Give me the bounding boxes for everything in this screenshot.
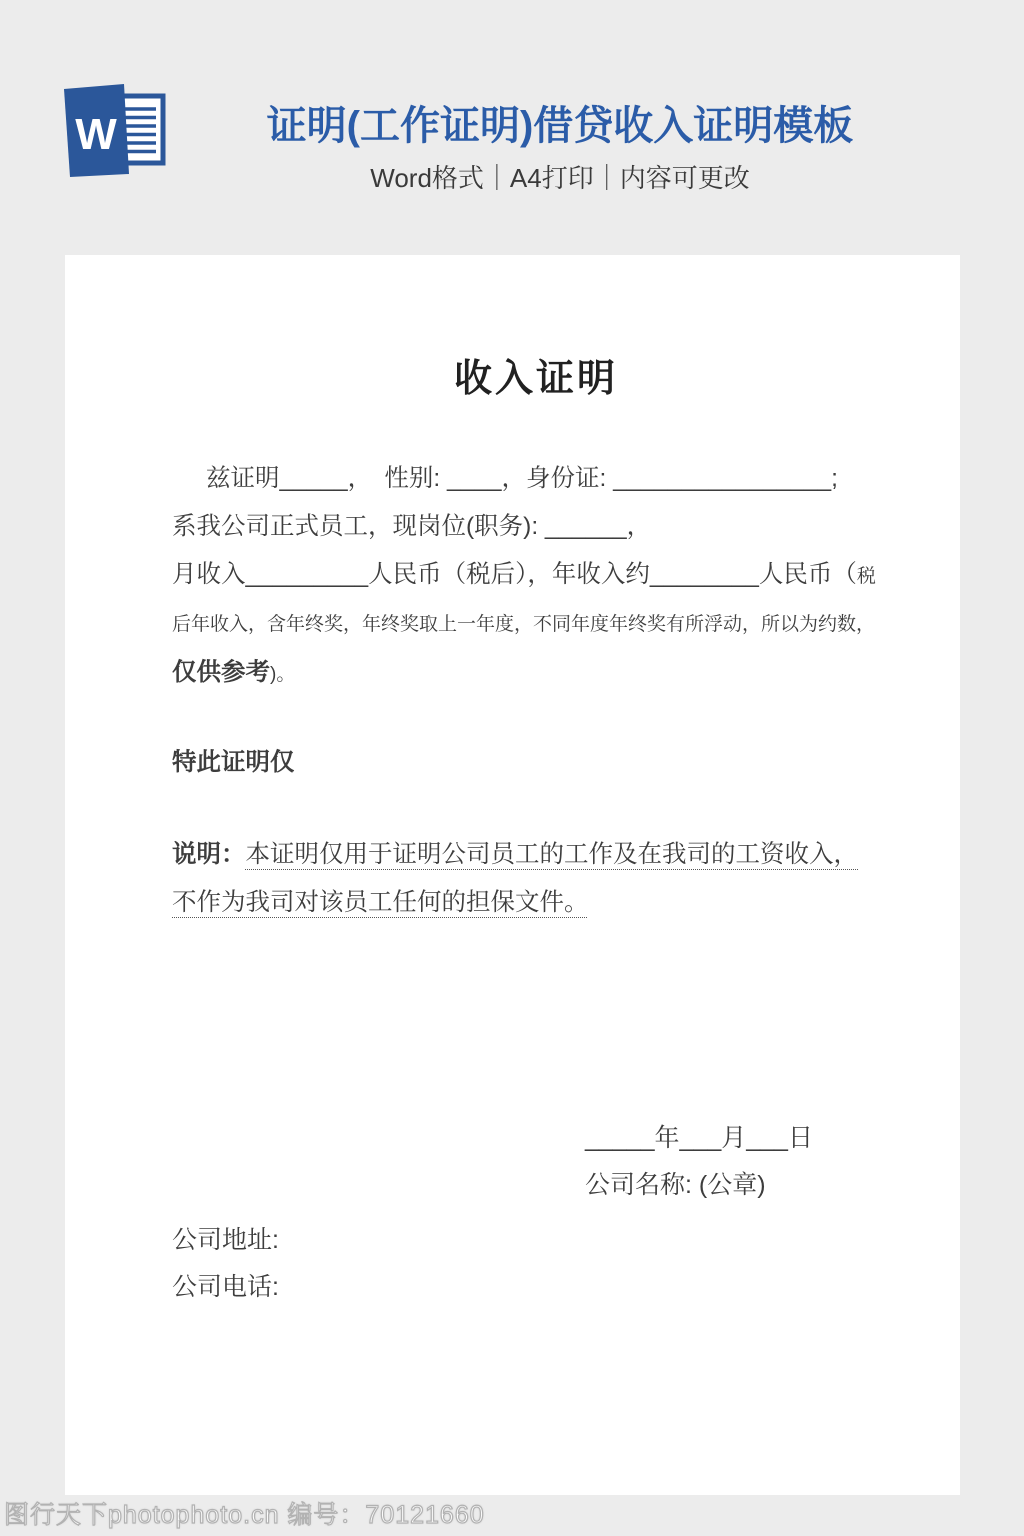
income-line: 月收入_________人民币（税后），年收入约________人民币（税 [172, 551, 900, 601]
company-name-line: 公司名称: (公章) [585, 1162, 900, 1209]
reference-line: 仅供参考)。 [172, 649, 900, 699]
intro-line-position: 系我公司正式员工，现岗位(职务): ______， [172, 503, 900, 551]
intro-line-name-gender-id: 兹证明_____， 性别: ____，身份证: ________________… [172, 455, 900, 503]
company-phone-line: 公司电话: [172, 1264, 900, 1311]
income-line-main: 月收入_________人民币（税后），年收入约________人民币（ [172, 561, 857, 588]
template-title: 证明(工作证明)借贷收入证明模板 [0, 94, 1024, 151]
income-note-start: 税 [857, 566, 876, 587]
note-line-2: 不作为我司对该员工任何的担保文件。 [172, 879, 900, 927]
watermark-text: 图行天下photophoto.cn 编号：70121660 [4, 1495, 485, 1531]
template-preview-canvas: { "header": { "title": "证明(工作证明)借贷收入证明模板… [0, 0, 1024, 1536]
reference-bold-text: 仅供参考 [172, 659, 270, 686]
note-paragraph: 说明：本证明仅用于证明公司员工的工作及在我司的工资收入， 不作为我司对该员工任何… [172, 831, 900, 927]
date-line: _____年___月___日 [585, 1115, 900, 1162]
intro-paragraph: 兹证明_____， 性别: ____，身份证: ________________… [172, 455, 900, 699]
note-label: 说明： [172, 841, 246, 868]
signature-block: _____年___月___日 公司名称: (公章) [585, 1115, 900, 1209]
income-note-line: 后年收入，含年终奖，年终奖取上一年度，不同年度年终奖有所浮动，所以为约数， [172, 601, 900, 649]
reference-tail: )。 [270, 664, 295, 685]
document-title: 收入证明 [172, 255, 900, 402]
note-line-1: 说明：本证明仅用于证明公司员工的工作及在我司的工资收入， [172, 831, 900, 879]
note-text-1: 本证明仅用于证明公司员工的工作及在我司的工资收入， [246, 841, 859, 868]
conclusion-line: 特此证明仅 [172, 739, 900, 787]
company-address-line: 公司地址: [172, 1217, 900, 1264]
note-text-2: 不作为我司对该员工任何的担保文件。 [172, 889, 589, 916]
company-info-block: 公司地址: 公司电话: [172, 1217, 900, 1311]
document-page: 收入证明 兹证明_____， 性别: ____，身份证: ___________… [65, 255, 960, 1495]
template-subtitle: Word格式｜A4打印｜内容可更改 [0, 158, 1024, 195]
document-content: 收入证明 兹证明_____， 性别: ____，身份证: ___________… [65, 255, 960, 1311]
